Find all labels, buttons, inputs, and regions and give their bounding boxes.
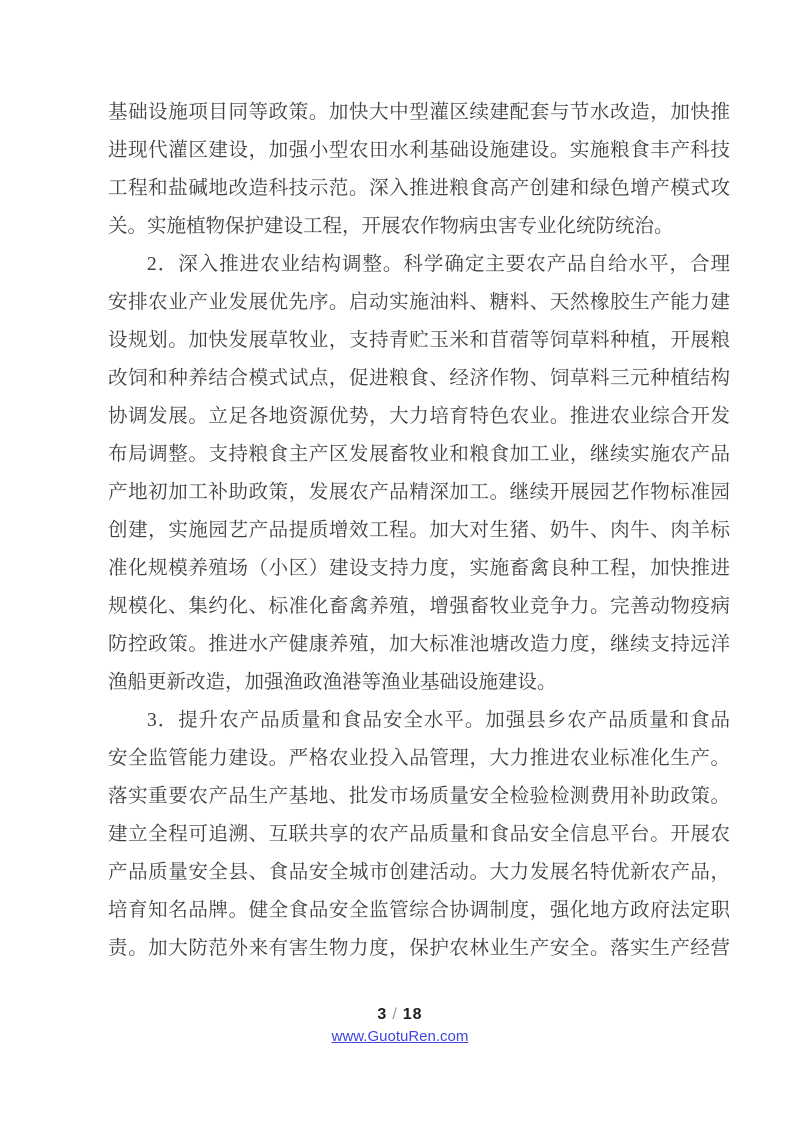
text-line: 进现代灌区建设，加强小型农田水利基础设施建设。实施粮食丰产科技 xyxy=(108,132,730,170)
text-line: 安全监管能力建设。严格农业投入品管理，大力推进农业标准化生产。 xyxy=(108,740,730,778)
text-line: 防控政策。推进水产健康养殖，加大标准池塘改造力度，继续支持远洋 xyxy=(108,626,730,664)
text-line: 协调发展。立足各地资源优势，大力培育特色农业。推进农业综合开发 xyxy=(108,398,730,436)
paragraph: 2．深入推进农业结构调整。科学确定主要农产品自给水平，合理安排农业产业发展优先序… xyxy=(108,246,730,702)
text-line: 安排农业产业发展优先序。启动实施油料、糖料、天然橡胶生产能力建 xyxy=(108,284,730,322)
text-line: 创建，实施园艺产品提质增效工程。加大对生猪、奶牛、肉牛、肉羊标 xyxy=(108,512,730,550)
text-line: 工程和盐碱地改造科技示范。深入推进粮食高产创建和绿色增产模式攻 xyxy=(108,170,730,208)
text-line: 设规划。加快发展草牧业，支持青贮玉米和苜蓿等饲草料种植，开展粮 xyxy=(108,322,730,360)
text-line: 产地初加工补助政策，发展农产品精深加工。继续开展园艺作物标准园 xyxy=(108,474,730,512)
text-line: 责。加大防范外来有害生物力度，保护农林业生产安全。落实生产经营 xyxy=(108,930,730,968)
paragraph: 3．提升农产品质量和食品安全水平。加强县乡农产品质量和食品安全监管能力建设。严格… xyxy=(108,702,730,968)
page-number: 3/18 xyxy=(0,1004,800,1026)
text-line: 3．提升农产品质量和食品安全水平。加强县乡农产品质量和食品 xyxy=(108,702,730,740)
text-line: 落实重要农产品生产基地、批发市场质量安全检验检测费用补助政策。 xyxy=(108,778,730,816)
page-number-total: 18 xyxy=(403,1006,423,1023)
document-body: 基础设施项目同等政策。加快大中型灌区续建配套与节水改造，加快推进现代灌区建设，加… xyxy=(108,94,730,968)
text-line: 准化规模养殖场（小区）建设支持力度，实施畜禽良种工程，加快推进 xyxy=(108,550,730,588)
text-line: 改饲和种养结合模式试点，促进粮食、经济作物、饲草料三元种植结构 xyxy=(108,360,730,398)
text-line: 布局调整。支持粮食主产区发展畜牧业和粮食加工业，继续实施农产品 xyxy=(108,436,730,474)
text-line: 2．深入推进农业结构调整。科学确定主要农产品自给水平，合理 xyxy=(108,246,730,284)
text-line: 产品质量安全县、食品安全城市创建活动。大力发展名特优新农产品， xyxy=(108,854,730,892)
page-number-separator: / xyxy=(387,1006,402,1023)
text-line: 建立全程可追溯、互联共享的农产品质量和食品安全信息平台。开展农 xyxy=(108,816,730,854)
text-line: 关。实施植物保护建设工程，开展农作物病虫害专业化统防统治。 xyxy=(108,208,730,246)
text-line: 规模化、集约化、标准化畜禽养殖，增强畜牧业竞争力。完善动物疫病 xyxy=(108,588,730,626)
paragraph: 基础设施项目同等政策。加快大中型灌区续建配套与节水改造，加快推进现代灌区建设，加… xyxy=(108,94,730,246)
page-number-current: 3 xyxy=(377,1006,387,1023)
text-line: 渔船更新改造，加强渔政渔港等渔业基础设施建设。 xyxy=(108,664,730,702)
page-footer: 3/18 www.GuotuRen.com xyxy=(0,1004,800,1046)
text-line: 基础设施项目同等政策。加快大中型灌区续建配套与节水改造，加快推 xyxy=(108,94,730,132)
footer-link[interactable]: www.GuotuRen.com xyxy=(332,1028,469,1045)
text-line: 培育知名品牌。健全食品安全监管综合协调制度，强化地方政府法定职 xyxy=(108,892,730,930)
